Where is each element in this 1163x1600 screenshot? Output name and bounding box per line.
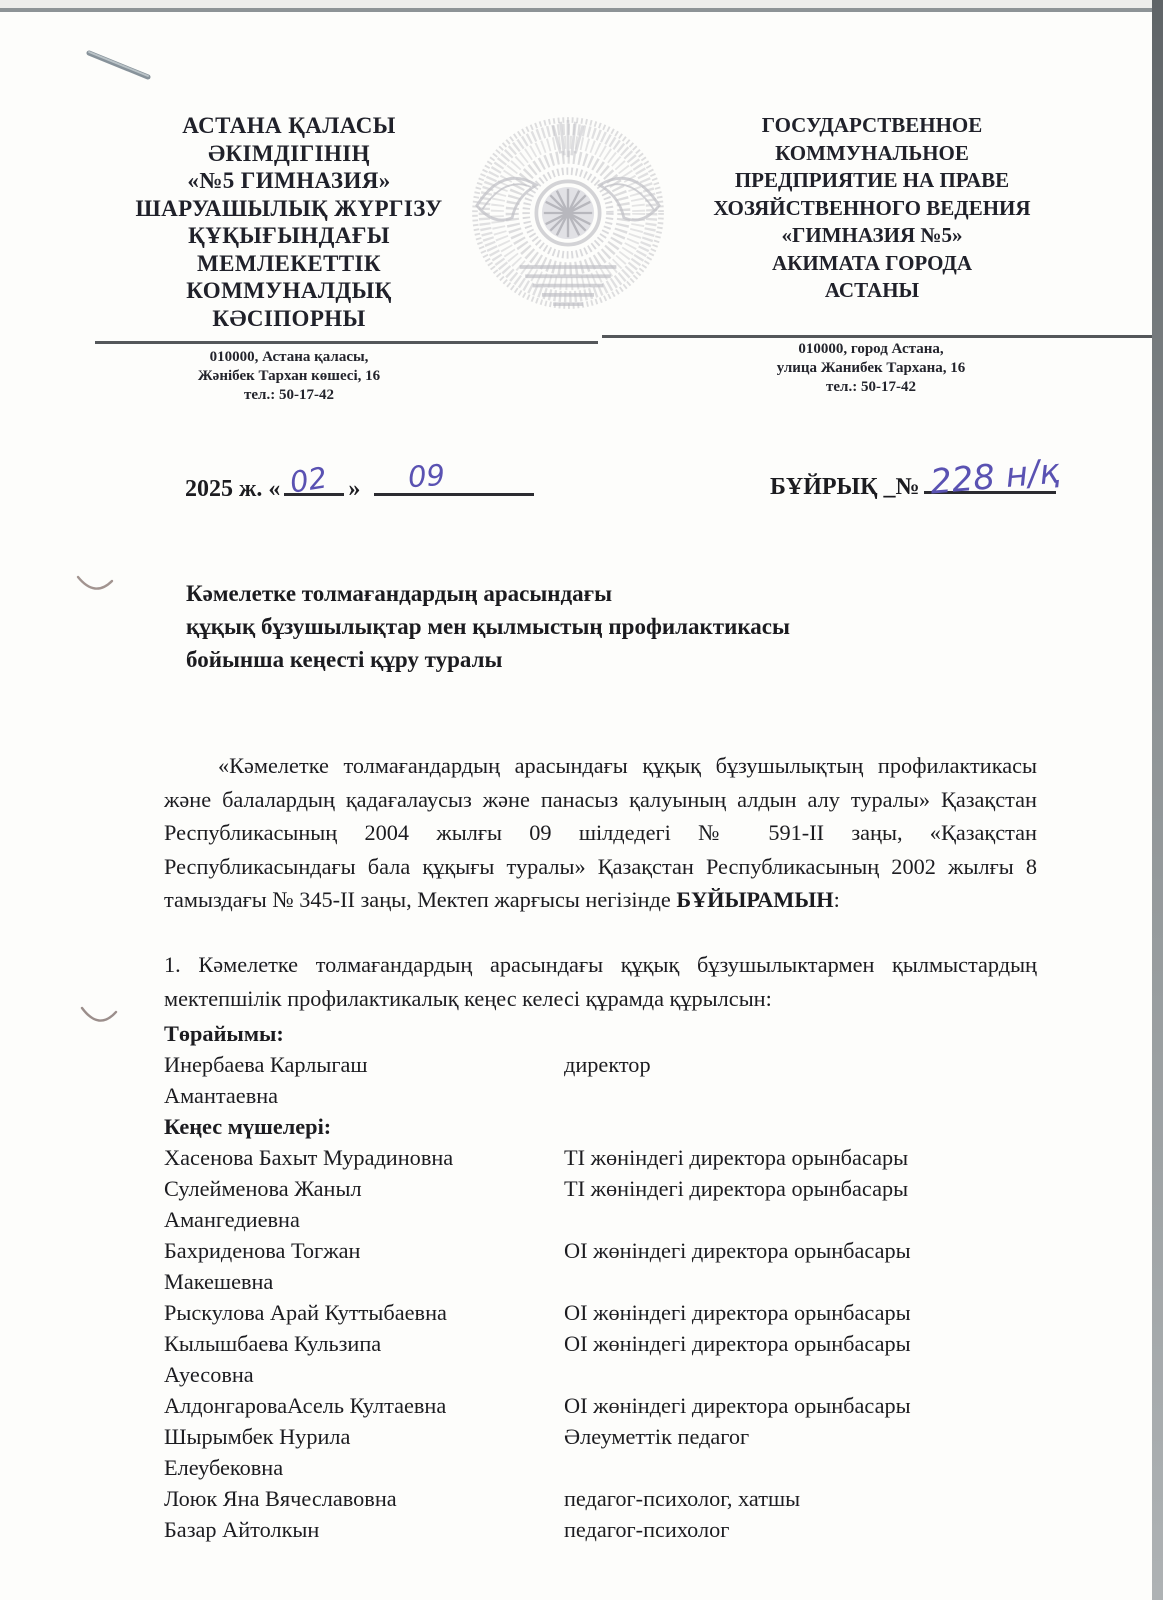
letterhead-line: АКИМАТА ГОРОДА bbox=[670, 250, 1074, 278]
letterhead-line: КОММУНАЛЬНОЕ bbox=[670, 140, 1074, 168]
handwritten-order-number: 228 н/қ bbox=[928, 451, 1061, 502]
members-heading: Кеңес мүшелері: bbox=[164, 1111, 1040, 1142]
address-kazakh: 010000, Астана қаласы, Жәнібек Тархан кө… bbox=[118, 348, 460, 405]
address-line: тел.: 50-17-42 bbox=[700, 378, 1042, 397]
address-line: тел.: 50-17-42 bbox=[118, 386, 460, 405]
title-line: Кәмелетке толмағандардың арасындағы bbox=[186, 577, 946, 610]
chair-heading: Төрайымы: bbox=[164, 1018, 1040, 1049]
council-composition: Төрайымы: Инербаева Карлыгаш Амантаевна … bbox=[164, 1018, 1040, 1545]
letterhead-line: ПРЕДПРИЯТИЕ НА ПРАВЕ bbox=[670, 167, 1074, 195]
handwritten-day: 02 bbox=[288, 460, 330, 499]
council-member-row: АлдонгароваАсель Култаевна ОІ жөніндегі … bbox=[164, 1390, 1040, 1421]
preamble-text: «Кәмелетке толмағандардың арасындағы құқ… bbox=[164, 753, 1037, 912]
pen-arc-mark bbox=[80, 1004, 118, 1026]
letterhead-kazakh: АСТАНА ҚАЛАСЫ ӘКІМДІГІНІҢ «№5 ГИМНАЗИЯ» … bbox=[90, 112, 488, 332]
scan-edge-top-line bbox=[0, 8, 1163, 12]
letterhead-line: ХОЗЯЙСТВЕННОГО ВЕДЕНИЯ bbox=[670, 195, 1074, 223]
member-name: АлдонгароваАсель Култаевна bbox=[164, 1390, 564, 1421]
kazakhstan-coat-of-arms-icon bbox=[462, 106, 674, 320]
member-role: ТІ жөніндегі директора орынбасары bbox=[564, 1142, 1040, 1173]
letterhead-line: ӘКІМДІГІНІҢ bbox=[90, 140, 488, 168]
council-member-row: Кылышбаева Кульзипа Ауесовна ОІ жөніндег… bbox=[164, 1328, 1040, 1390]
letterhead-divider-right bbox=[602, 335, 1152, 338]
letterhead-line: ШАРУАШЫЛЫҚ ЖҮРГІЗУ bbox=[90, 195, 488, 223]
member-name: Базар Айтолкын bbox=[164, 1514, 564, 1545]
member-name: Инербаева Карлыгаш Амантаевна bbox=[164, 1049, 564, 1111]
title-line: бойынша кеңесті құру туралы bbox=[186, 643, 946, 676]
member-role: ОІ жөніндегі директора орынбасары bbox=[564, 1297, 1040, 1328]
letterhead-divider-left bbox=[95, 341, 598, 344]
title-line: құқық бұзушылықтар мен қылмыстың профила… bbox=[186, 610, 946, 643]
member-role: ОІ жөніндегі директора орынбасары bbox=[564, 1390, 1040, 1421]
scan-edge-top-strip bbox=[0, 0, 1163, 8]
member-name: Шырымбек Нурила Елеубековна bbox=[164, 1421, 564, 1483]
date-prefix: 2025 ж. « bbox=[185, 476, 280, 502]
address-line: Жәнібек Тархан көшесі, 16 bbox=[118, 367, 460, 386]
letterhead-line: «№5 ГИМНАЗИЯ» bbox=[90, 167, 488, 195]
member-name: Рыскулова Арай Куттыбаевна bbox=[164, 1297, 564, 1328]
date-day-blank: 02 bbox=[284, 467, 344, 496]
staple-mark bbox=[84, 46, 154, 84]
council-member-row: Сулейменова Жаныл Амангедиевна ТІ жөнінд… bbox=[164, 1173, 1040, 1235]
letterhead-line: МЕМЛЕКЕТТІК bbox=[90, 250, 488, 278]
council-member-row: Бахриденова Тогжан Макешевна ОІ жөніндег… bbox=[164, 1235, 1040, 1297]
preamble-paragraph: «Кәмелетке толмағандардың арасындағы құқ… bbox=[164, 749, 1037, 916]
order-item-1: 1. Кәмелетке толмағандардың арасындағы қ… bbox=[164, 948, 1037, 1015]
order-number-line: БҰЙРЫҚ _№228 н/қ bbox=[770, 463, 1056, 501]
letterhead-line: АСТАНЫ bbox=[670, 277, 1074, 305]
letterhead-line: КӘСІПОРНЫ bbox=[90, 305, 488, 333]
letterhead-line: «ГИМНАЗИЯ №5» bbox=[670, 222, 1074, 250]
member-name: Кылышбаева Кульзипа Ауесовна bbox=[164, 1328, 564, 1390]
address-line: улица Жанибек Тархана, 16 bbox=[700, 359, 1042, 378]
handwritten-month: 09 bbox=[407, 458, 446, 494]
member-name: Лоюк Яна Вячеславовна bbox=[164, 1483, 564, 1514]
member-role: педагог-психолог bbox=[564, 1514, 1040, 1545]
member-role: ТІ жөніндегі директора орынбасары bbox=[564, 1173, 1040, 1204]
council-member-row: Лоюк Яна Вячеславовна педагог-психолог, … bbox=[164, 1483, 1040, 1514]
member-role: директор bbox=[564, 1049, 1040, 1080]
council-member-row: Шырымбек Нурила Елеубековна Әлеуметтік п… bbox=[164, 1421, 1040, 1483]
order-label: БҰЙРЫҚ _№ bbox=[770, 474, 920, 500]
address-line: 010000, город Астана, bbox=[700, 340, 1042, 359]
member-name: Бахриденова Тогжан Макешевна bbox=[164, 1235, 564, 1297]
decree-colon: : bbox=[834, 887, 840, 912]
council-member-row: Хасенова Бахыт Мурадиновна ТІ жөніндегі … bbox=[164, 1142, 1040, 1173]
document-title: Кәмелетке толмағандардың арасындағы құқы… bbox=[186, 577, 946, 676]
member-role: ОІ жөніндегі директора орынбасары bbox=[564, 1235, 1040, 1266]
letterhead-russian: ГОСУДАРСТВЕННОЕ КОММУНАЛЬНОЕ ПРЕДПРИЯТИЕ… bbox=[670, 112, 1074, 305]
address-line: 010000, Астана қаласы, bbox=[118, 348, 460, 367]
letterhead-line: АСТАНА ҚАЛАСЫ bbox=[90, 112, 488, 140]
date-quote-close: » bbox=[348, 476, 360, 502]
council-member-row: Рыскулова Арай Куттыбаевна ОІ жөніндегі … bbox=[164, 1297, 1040, 1328]
scanned-order-document: АСТАНА ҚАЛАСЫ ӘКІМДІГІНІҢ «№5 ГИМНАЗИЯ» … bbox=[0, 0, 1163, 1600]
member-name: Хасенова Бахыт Мурадиновна bbox=[164, 1142, 564, 1173]
date-month-blank: 09 bbox=[374, 467, 534, 496]
decree-word: БҰЙЫРАМЫН bbox=[676, 887, 833, 912]
letterhead-line: КОММУНАЛДЫҚ bbox=[90, 277, 488, 305]
address-russian: 010000, город Астана, улица Жанибек Тарх… bbox=[700, 340, 1042, 397]
council-chair-row: Инербаева Карлыгаш Амантаевна директор bbox=[164, 1049, 1040, 1111]
letterhead-line: ҚҰҚЫҒЫНДАҒЫ bbox=[90, 222, 488, 250]
scan-edge-right-bar bbox=[1152, 0, 1163, 1600]
member-role: педагог-психолог, хатшы bbox=[564, 1483, 1040, 1514]
member-name: Сулейменова Жаныл Амангедиевна bbox=[164, 1173, 564, 1235]
member-role: Әлеуметтік педагог bbox=[564, 1421, 1040, 1452]
letterhead-line: ГОСУДАРСТВЕННОЕ bbox=[670, 112, 1074, 140]
order-number-blank: 228 н/қ bbox=[924, 463, 1056, 494]
member-role: ОІ жөніндегі директора орынбасары bbox=[564, 1328, 1040, 1359]
date-line: 2025 ж. «02»09 bbox=[185, 467, 534, 503]
pen-arc-mark bbox=[76, 574, 114, 594]
council-member-row: Базар Айтолкын педагог-психолог bbox=[164, 1514, 1040, 1545]
